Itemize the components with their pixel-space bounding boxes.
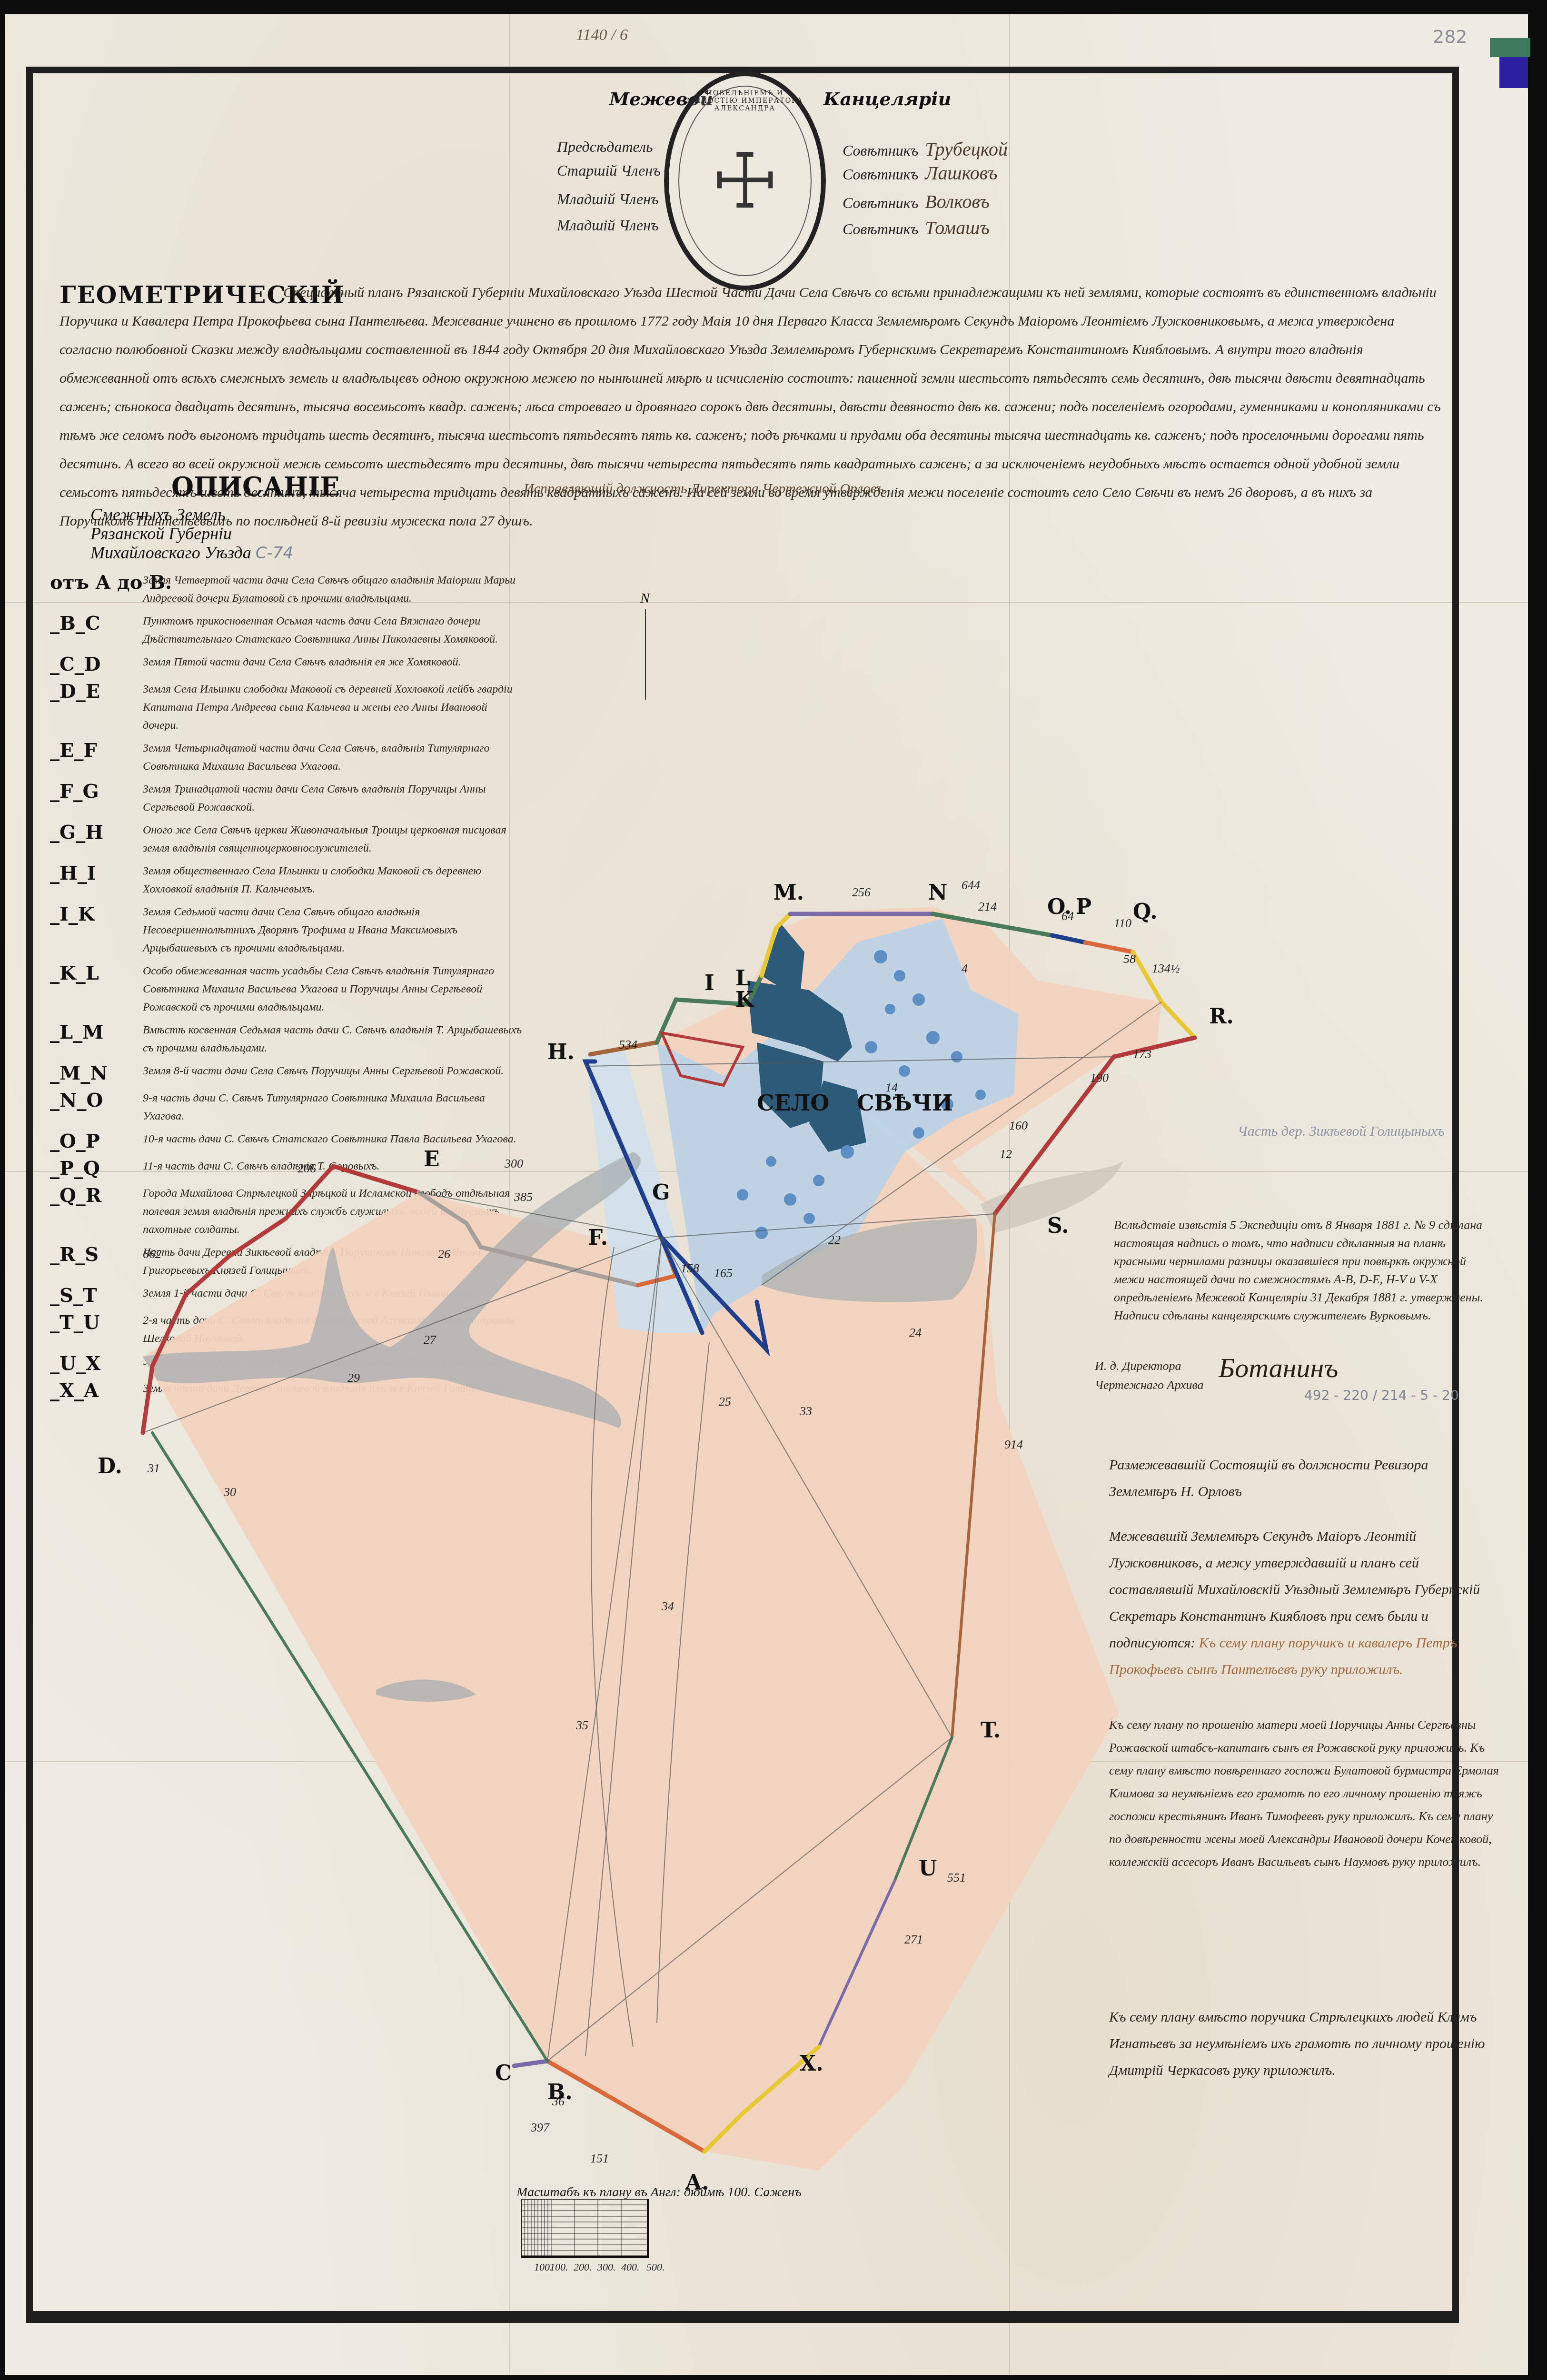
certification-main: Межевавшiй Землемѣръ Секундъ Маiоръ Леон…	[1109, 1528, 1480, 1651]
side-length: 190	[1090, 1071, 1109, 1085]
scale-tick: 500.	[646, 2261, 665, 2273]
village-label-svechi: СВѢЧИ	[857, 1090, 952, 1116]
parcel-number: 29	[347, 1371, 360, 1385]
parcel-number: 27	[424, 1333, 436, 1347]
certification-peasants: Къ сему плану вмѣсто поручика Стрѣлецких…	[1109, 2004, 1499, 2084]
side-length: 214	[978, 900, 997, 914]
side-length: 271	[904, 1933, 923, 1947]
point-label-i: I	[704, 971, 714, 995]
side-length: 300	[505, 1157, 523, 1171]
correction-signer: И. д. Директора Чертежнаго Архива	[1095, 1357, 1238, 1395]
boundary-B-C	[514, 2061, 547, 2066]
parcel-number: 33	[800, 1404, 812, 1418]
point-label-c: C	[495, 2061, 512, 2085]
scale-tick: 100.	[550, 2261, 568, 2273]
side-length: 165	[714, 1266, 733, 1280]
side-length: 206	[297, 1161, 316, 1176]
parcel-number: 25	[719, 1395, 731, 1409]
point-label-h: H.	[547, 1040, 575, 1064]
point-label-l: L	[735, 966, 750, 991]
scale-tick: 400.	[621, 2261, 640, 2273]
point-label-m: M.	[773, 881, 804, 905]
border-frame-bottom	[26, 2311, 1459, 2318]
point-label-r: R.	[1209, 1004, 1234, 1029]
point-label-u: U	[919, 1856, 937, 1881]
parcel-number: 22	[828, 1233, 841, 1247]
adjacent-land-label: Часть дер. Зикѣевой Голицыныхъ	[1238, 1123, 1445, 1140]
pencil-calculation: 492 - 220 / 214 - 5 - 20	[1304, 1388, 1459, 1403]
side-length: 644	[962, 878, 980, 892]
point-label-e: E	[424, 1147, 440, 1171]
certification-relatives: Къ сему плану по прошенiю матери моей По…	[1109, 1714, 1499, 1874]
side-length: 160	[1009, 1119, 1028, 1133]
side-length: 662	[143, 1247, 161, 1261]
parcel-number: 36	[552, 2094, 565, 2109]
scale-tick: 300.	[597, 2261, 616, 2273]
scale-tick: 200.	[574, 2261, 592, 2273]
parcel-number: 4	[962, 962, 968, 976]
scale-bar-grid	[521, 2199, 650, 2259]
boundary-P-Q	[1085, 942, 1133, 952]
parcel-number: 12	[1000, 1147, 1012, 1161]
side-length: 64	[1061, 909, 1074, 923]
point-label-f: F.	[588, 1226, 608, 1250]
point-label-s: S.	[1047, 1214, 1069, 1238]
point-label-t: T.	[981, 1718, 1001, 1743]
correction-note-1881: Вслѣдствiе извѣстiя 5 Экспедицiи отъ 8 Я…	[1114, 1216, 1485, 1325]
side-length: 551	[947, 1871, 966, 1885]
surveyor-note: Размежевавшiй Состоящiй въ должности Рев…	[1109, 1452, 1499, 1505]
side-length: 134½	[1152, 962, 1180, 976]
village-label-selo: СЕЛО	[757, 1090, 829, 1116]
parcel-number: 24	[909, 1326, 922, 1340]
side-length: 158	[681, 1261, 699, 1276]
side-length: 58	[1123, 952, 1136, 966]
parcel-number: 30	[224, 1485, 236, 1499]
side-length: 397	[531, 2121, 549, 2135]
parcel-number: 14	[885, 1081, 898, 1095]
scale-title: Масштабъ къ плану въ Англ: дюймѣ 100. Са…	[516, 2185, 802, 2200]
parcel-number: 26	[438, 1247, 450, 1261]
parcel-number: 31	[148, 1461, 160, 1476]
side-length: 385	[514, 1190, 533, 1204]
side-length: 151	[590, 2152, 609, 2166]
certification-text: Межевавшiй Землемѣръ Секундъ Маiоръ Леон…	[1109, 1523, 1499, 1683]
point-label-q: Q.	[1133, 900, 1157, 924]
side-length: 914	[1004, 1438, 1023, 1452]
point-label-k: K	[735, 988, 754, 1012]
side-length: 110	[1114, 916, 1131, 931]
point-label-n: N	[928, 881, 947, 905]
parcel-number: 34	[662, 1599, 674, 1614]
side-length: 256	[852, 885, 871, 900]
side-length: 173	[1133, 1047, 1151, 1061]
point-label-p: P	[1076, 895, 1091, 919]
boundary-O-P	[1052, 935, 1085, 942]
correction-signature: Ботанинъ	[1219, 1352, 1338, 1384]
point-label-x: X.	[800, 2052, 823, 2076]
parcel-number: 35	[576, 1718, 588, 1733]
side-length: 534	[619, 1038, 637, 1052]
point-label-d: D.	[98, 1454, 122, 1478]
point-label-g: G	[652, 1180, 670, 1205]
